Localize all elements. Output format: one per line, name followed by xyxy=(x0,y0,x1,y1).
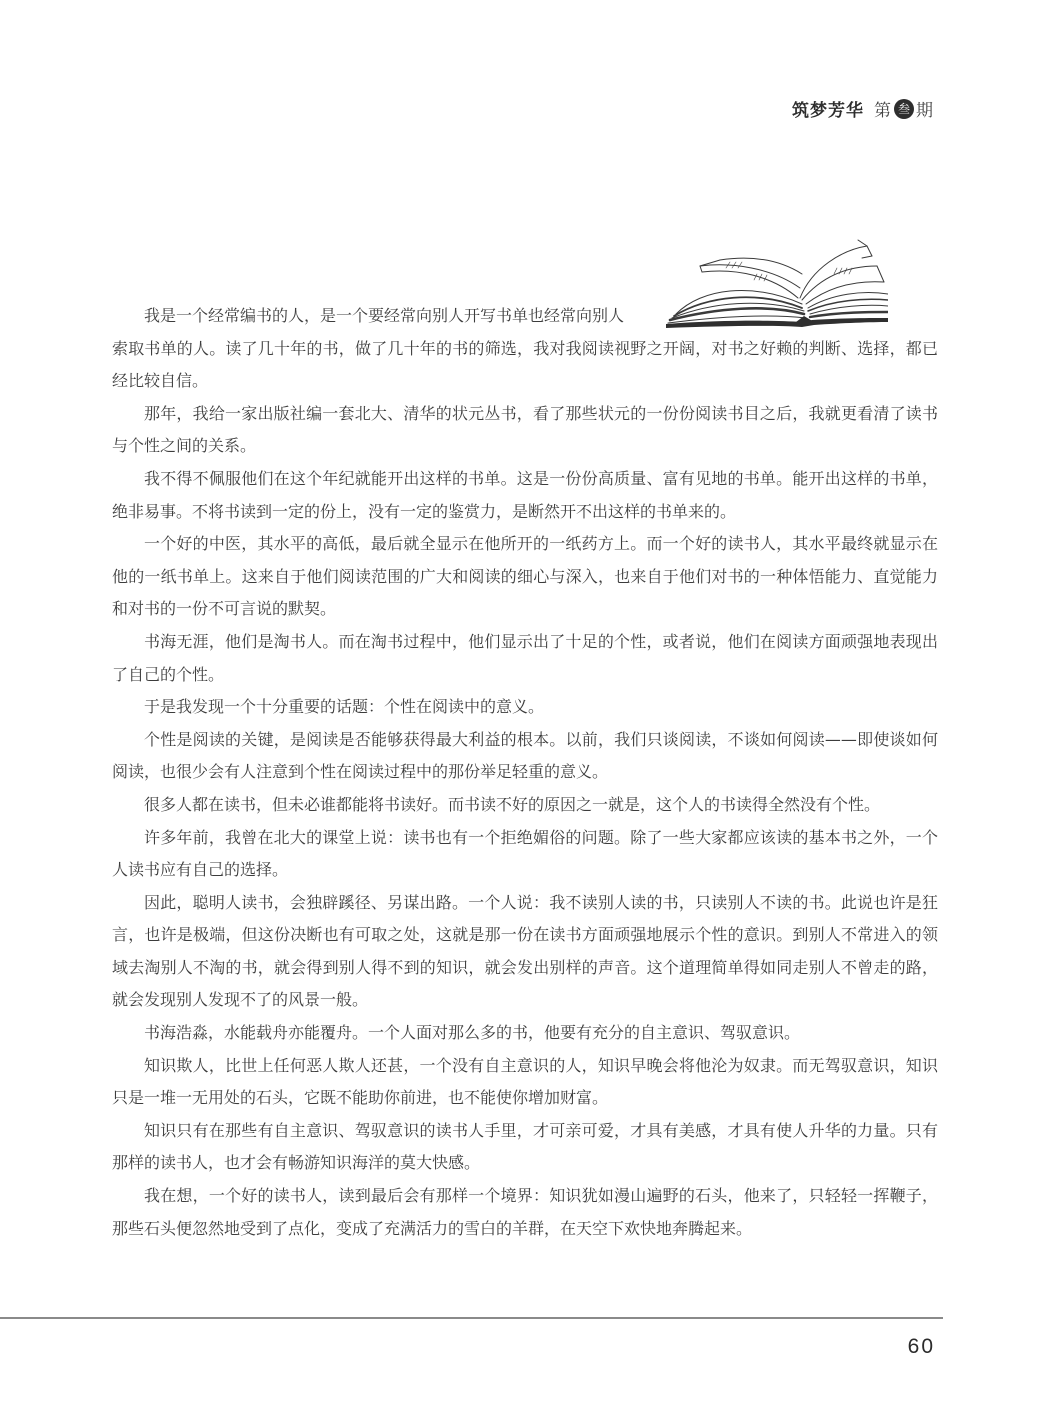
footer-divider xyxy=(0,1317,943,1319)
paragraph: 那年，我给一家出版社编一套北大、清华的状元丛书，看了那些状元的一份份阅读书目之后… xyxy=(112,398,938,463)
paragraph: 知识只有在那些有自主意识、驾驭意识的读书人手里，才可亲可爱，才具有美感，才具有使… xyxy=(112,1115,938,1180)
article-body: 我是一个经常编书的人，是一个要经常向别人开写书单也经常向别人索取书单的人。读了几… xyxy=(112,300,938,1245)
magazine-title: 筑梦芳华 xyxy=(792,96,864,121)
paragraph: 因此，聪明人读书，会独辟蹊径、另谋出路。一个人说：我不读别人读的书，只读别人不读… xyxy=(112,887,938,1017)
paragraph: 许多年前，我曾在北大的课堂上说：读书也有一个拒绝媚俗的问题。除了一些大家都应该读… xyxy=(112,822,938,887)
paragraph-intro: 我是一个经常编书的人，是一个要经常向别人开写书单也经常向别人索取书单的人。读了几… xyxy=(112,300,938,398)
issue-number-badge: 叁 xyxy=(894,99,914,119)
paragraph: 知识欺人，比世上任何恶人欺人还甚，一个没有自主意识的人，知识早晚会将他沦为奴隶。… xyxy=(112,1050,938,1115)
paragraph: 书海浩淼，水能载舟亦能覆舟。一个人面对那么多的书，他要有充分的自主意识、驾驭意识… xyxy=(112,1017,938,1050)
paragraph: 我不得不佩服他们在这个年纪就能开出这样的书单。这是一份份高质量、富有见地的书单。… xyxy=(112,463,938,528)
paragraph: 很多人都在读书，但未必谁都能将书读好。而书读不好的原因之一就是，这个人的书读得全… xyxy=(112,789,938,822)
issue-suffix: 期 xyxy=(916,96,934,121)
page-number: 60 xyxy=(908,1335,935,1359)
paragraph-text-continued: 索取书单的人。读了几十年的书，做了几十年的书的筛选，我对我阅读视野之开阔，对书之… xyxy=(112,333,938,398)
running-header: 筑梦芳华 第 叁 期 xyxy=(792,96,934,121)
paragraph: 书海无涯，他们是淘书人。而在淘书过程中，他们显示出了十足的个性，或者说，他们在阅… xyxy=(112,626,938,691)
paragraph: 一个好的中医，其水平的高低，最后就全显示在他所开的一纸药方上。而一个好的读书人，… xyxy=(112,528,938,626)
paragraph: 个性是阅读的关键，是阅读是否能够获得最大利益的根本。以前，我们只谈阅读，不谈如何… xyxy=(112,724,938,789)
paragraph: 于是我发现一个十分重要的话题：个性在阅读中的意义。 xyxy=(112,691,938,724)
issue-prefix: 第 xyxy=(874,96,892,121)
paragraph-text: 我是一个经常编书的人，是一个要经常向别人开写书单也经常向别人 xyxy=(144,306,624,325)
paragraph: 我在想，一个好的读书人，读到最后会有那样一个境界：知识犹如漫山遍野的石头，他来了… xyxy=(112,1180,938,1245)
